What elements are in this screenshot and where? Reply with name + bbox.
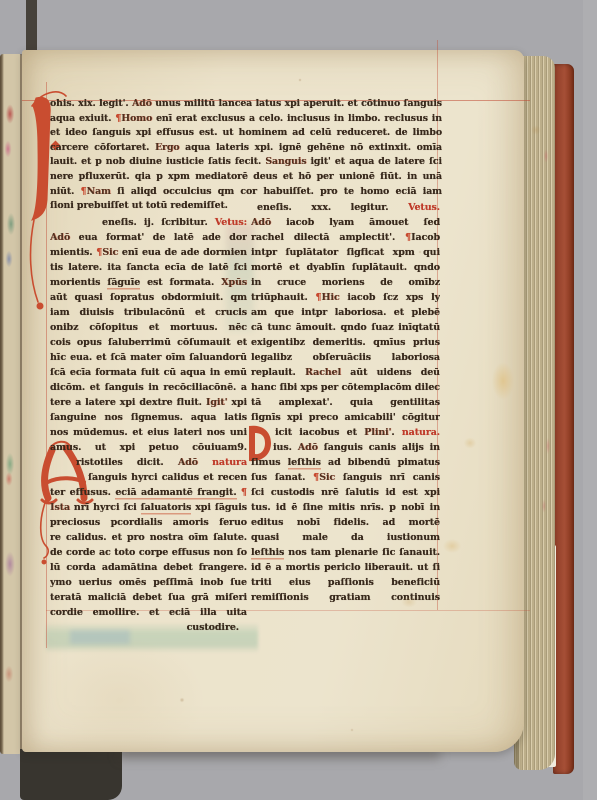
text-line-column-right-8: am que intpr laboriosa. et plebē iudai bbox=[251, 305, 440, 320]
text-segment: mientis. bbox=[50, 247, 96, 258]
text-segment: mortē et dyablīn ſuplātauit. qndo bbox=[251, 262, 440, 273]
text-segment: morientis bbox=[50, 277, 107, 288]
text-line-column-left-4: tis latere. ita ſancta ecīa de latē ſci … bbox=[50, 260, 247, 275]
text-line-column-left-9: cois opus ſaluberrimū cōſumauit et bbox=[50, 335, 247, 350]
manuscript-photo: ohis. xix. legit'. Adō unus militū lance… bbox=[0, 0, 597, 800]
text-line-column-left-21: preciosus pcordialis amoris feruo bbox=[50, 515, 247, 530]
text-segment: am que intpr laboriosa. et plebē iudai bbox=[251, 307, 440, 320]
text-line-column-right-9: cā tunc āmouit. qndo ſuaz inīqtatū bbox=[251, 320, 440, 335]
text-column-left: eneſis. ij. ſcribitur. Vetus:Adō eua for… bbox=[50, 215, 247, 635]
text-line-column-left-5: morientis ſāguīe est formata. Xpūs bbox=[50, 275, 247, 290]
text-line-column-right-6: in cruce moriens de omībz glōsiſſime bbox=[251, 275, 440, 290]
text-line-column-right-16: icit iacobus et Plini'. natura. bbox=[251, 425, 440, 440]
text-segment: ſignīs xpi preco amicabili' cōgitur bbox=[251, 412, 440, 423]
text-segment: et ideo ſanguis xpi effusus est. ut homi… bbox=[50, 127, 442, 141]
rubric-segment: natura bbox=[212, 457, 247, 468]
book-cover-edge bbox=[553, 64, 574, 774]
text-line-column-left-27: cordie emollire. et eciā illa uita groſi… bbox=[50, 605, 247, 620]
text-segment: rachel dilectā amplectit'. bbox=[251, 232, 405, 243]
text-segment: tus. id ē ſine mitis nrīs. p nobī in cru… bbox=[251, 502, 440, 515]
text-segment: lū corda adamātina debet frangere. bbox=[50, 562, 247, 573]
text-segment: intpr ſuplātator ſigficat xpm qui bbox=[251, 247, 440, 258]
text-line-column-right-18: fimus leſthis ad bibendū pimatus mor bbox=[251, 455, 440, 470]
text-line-column-left-26: teratā maliciā debet ſua grā miſeri bbox=[50, 590, 247, 605]
text-segment: ter effusus. bbox=[50, 487, 115, 498]
text-segment: triti eius paſſionis beneficiū inuocam9 bbox=[251, 577, 440, 590]
text-line-column-right-27: remiſſionis gratiam continuis ſolcia9. bbox=[251, 590, 440, 605]
touched-capital-segment: Homo bbox=[121, 113, 152, 124]
text-line-column-left-12: dicōm. et ſanguis in recōciliacōnē. a la bbox=[50, 380, 247, 395]
text-segment: quasi male da iustionum deuastantibz bbox=[251, 532, 440, 545]
text-line-column-right-3: rachel dilectā amplectit'. ¶Iacob bbox=[251, 230, 440, 245]
text-segment: dicōm. et ſanguis in recōciliacōnē. a la bbox=[50, 382, 247, 395]
text-line-column-left-28: custodire. bbox=[50, 620, 247, 635]
text-line-top-block-4: carcere cōfortaret. Ergo aqua lateris xp… bbox=[50, 141, 442, 156]
text-segment: iacob ſcz xps ly bbox=[340, 292, 440, 303]
text-line-column-left-1: eneſis. ij. ſcribitur. Vetus: bbox=[50, 215, 247, 230]
background-light-band bbox=[583, 0, 597, 800]
text-line-column-left-15: nos mūdemus. et eius lateri nos uni bbox=[50, 425, 247, 440]
text-segment: nrī hyrci ſci bbox=[70, 502, 141, 513]
rubric-segment: Vetus. bbox=[408, 202, 440, 213]
text-line-column-left-18: ſanguis hyrci calidus et recen bbox=[50, 470, 247, 485]
text-line-column-right-15: ſignīs xpi preco amicabili' cōgitur bbox=[251, 410, 440, 425]
text-segment: id ē a mortis periclo liberauit. ut ſi c… bbox=[251, 562, 440, 575]
text-segment: xpi ſāguis bbox=[191, 502, 247, 513]
text-segment: icit iacobus et bbox=[275, 427, 364, 438]
text-segment: enī eua de ade dormien bbox=[118, 247, 247, 258]
text-segment: tis latere. ita ſancta ecīa de latē ſci … bbox=[50, 262, 247, 275]
touched-capital-segment: Adō bbox=[178, 457, 198, 468]
text-line-column-left-13: tere a latere xpi dextre fluit. Igit' xp… bbox=[50, 395, 247, 410]
page-edge-stack-left bbox=[0, 54, 22, 754]
text-segment: eneſis. ij. ſcribitur. bbox=[102, 217, 215, 228]
text-segment: ristotiles dicit. bbox=[76, 457, 178, 468]
rubric-segment: natura. bbox=[402, 427, 440, 438]
text-segment: ſioni prebuiſſet ut totū redemiſſet. bbox=[50, 200, 228, 211]
text-segment: tā amplexat'. quia gentilitas credula bbox=[251, 397, 440, 410]
text-segment: nos mūdemus. et eius lateri nos uni bbox=[50, 427, 247, 438]
pilcrow-icon: ¶ bbox=[241, 487, 247, 498]
text-segment: ſus ſanat. bbox=[251, 472, 313, 483]
text-line-column-left-2: Adō eua format' de latē ade dor bbox=[50, 230, 247, 245]
text-line-column-left-17: ristotiles dicit. Adō natura bbox=[50, 455, 247, 470]
text-line-column-right-4: intpr ſuplātator ſigficat xpm qui bbox=[251, 245, 440, 260]
text-segment: nere pfluxerūt. qia p xpm mediatorē deus… bbox=[50, 171, 442, 185]
text-line-column-right-11: legalibz obſeruāciis laboriosa penitus bbox=[251, 350, 440, 365]
text-line-column-left-19: ter effusus. eciā adamantē frangit. ¶ bbox=[50, 485, 247, 500]
text-line-column-right-2: Adō iacob lyam āmouet ſed bbox=[251, 215, 440, 230]
text-segment: replauit. bbox=[251, 367, 305, 378]
touched-capital-segment: Adō bbox=[132, 98, 152, 109]
text-line-top-block-3: et ideo ſanguis xpi effusus est. ut homi… bbox=[50, 126, 442, 141]
touched-capital-segment: Hic bbox=[321, 292, 339, 303]
text-segment: hanc ſibi xps per cōtemplacōm dilec bbox=[251, 382, 440, 393]
text-line-column-right-13: hanc ſibi xps per cōtemplacōm dilec bbox=[251, 380, 440, 395]
book-shadow bbox=[20, 749, 122, 800]
text-segment: custodire. bbox=[187, 622, 239, 633]
text-line-column-right-19: ſus ſanat. ¶Sic ſanguis nrī canis bbox=[251, 470, 440, 485]
text-segment: eneſis. xxx. legitur. bbox=[257, 202, 408, 213]
touched-capital-segment: Adō bbox=[251, 217, 271, 228]
touched-capital-segment: Ergo bbox=[155, 142, 180, 153]
text-segment: ſci custodis nrē ſalutis id est xpi pima bbox=[251, 487, 440, 500]
text-line-column-left-11: ſcā ecīa formata fuit cū aqua in emū bbox=[50, 365, 247, 380]
text-line-column-right-12: replauit. Rachel aūt uidens deū intpr. bbox=[251, 365, 440, 380]
text-segment: fimus bbox=[251, 457, 288, 468]
text-line-column-right-17: ius. Adō ſanguis canis alijs in bbox=[251, 440, 440, 455]
underlined-segment: leſthis bbox=[288, 457, 321, 468]
touched-capital-segment: Adō bbox=[50, 232, 70, 243]
text-segment: ſcā ecīa formata fuit cū aqua in emū bbox=[50, 367, 247, 378]
rubric-segment: Vetus: bbox=[215, 217, 247, 228]
touched-capital-segment: Sic bbox=[319, 472, 335, 483]
text-line-column-left-10: hīc eua. et ſcā mater oīm ſaluandorū bbox=[50, 350, 247, 365]
text-line-column-right-23: quasi male da iustionum deuastantibz bbox=[251, 530, 440, 545]
text-line-column-right-1: eneſis. xxx. legitur. Vetus. bbox=[251, 200, 440, 215]
underlined-segment: ſaluatoris bbox=[141, 502, 192, 513]
text-line-column-left-16: amus. ut xpi petuo cōuiuam9. bbox=[50, 440, 247, 455]
text-segment: iacob lyam āmouet ſed bbox=[271, 217, 440, 228]
underlined-segment: ſāguīe bbox=[107, 277, 140, 288]
text-block-top: ohis. xix. legit'. Adō unus militū lance… bbox=[50, 97, 442, 214]
text-segment: aūt quasi ſopratus obdormiuit. qm bbox=[50, 292, 247, 303]
underlined-segment: eciā adamantē frangit. bbox=[115, 487, 236, 498]
text-line-top-block-1: ohis. xix. legit'. Adō unus militū lance… bbox=[50, 97, 442, 112]
text-segment: est formata. bbox=[140, 277, 221, 288]
text-segment: ſanguine nos ſignemus. aqua latis bbox=[50, 412, 247, 423]
text-segment: amus. ut xpi petuo cōuiuam9. bbox=[50, 442, 247, 453]
text-line-column-left-6: aūt quasi ſopratus obdormiuit. qm bbox=[50, 290, 247, 305]
text-line-column-left-7: iam diuisis tribulacōnū et crucis paſſi bbox=[50, 305, 247, 320]
touched-capital-segment: Igit' bbox=[206, 397, 228, 408]
text-line-column-left-25: ymo uerius omēs peſſimā inob ſue bbox=[50, 575, 247, 590]
text-segment: cordie emollire. et eciā illa uita groſi… bbox=[50, 607, 247, 620]
text-line-column-left-23: de corde ac toto corpe effusus non ſo bbox=[50, 545, 247, 560]
text-segment: in cruce moriens de omībz bbox=[251, 277, 440, 288]
text-segment: editus nobī fidelis. ad mortē infirmis. bbox=[251, 517, 440, 530]
text-segment: ſanguis hyrci calidus et recen bbox=[88, 472, 247, 483]
touched-capital-segment: Rachel bbox=[305, 367, 341, 378]
text-segment: lauit. et p nob diuine iusticie ſatis fe… bbox=[50, 156, 265, 167]
text-segment: onibz cōſopitus et mortuus. nēc recepi bbox=[50, 322, 247, 335]
text-line-top-block-5: lauit. et p nob diuine iusticie ſatis fe… bbox=[50, 155, 442, 170]
text-segment bbox=[198, 457, 212, 468]
text-segment: ius. bbox=[273, 442, 298, 453]
touched-capital-segment: Ista bbox=[50, 502, 70, 513]
text-line-column-right-10: exigentibz demeritis. qmīus prius in bbox=[251, 335, 440, 350]
text-segment: legalibz obſeruāciis laboriosa penitus bbox=[251, 352, 440, 365]
touched-capital-segment: Xpūs bbox=[221, 277, 247, 288]
text-segment: ſanguis nrī canis bbox=[335, 472, 440, 483]
text-column-right: eneſis. xxx. legitur. Vetus.Adō iacob ly… bbox=[251, 200, 440, 605]
touched-capital-segment: Nam bbox=[87, 186, 111, 197]
text-line-column-left-3: mientis. ¶Sic enī eua de ade dormien bbox=[50, 245, 247, 260]
text-line-column-right-24: leſthis nos tam plenarie ſic ſanauit. bbox=[251, 545, 440, 560]
text-segment: Iacob bbox=[411, 232, 440, 243]
touched-capital-segment: Plini' bbox=[364, 427, 391, 438]
text-line-column-right-7: triūphauit. ¶Hic iacob ſcz xps ly bbox=[251, 290, 440, 305]
text-line-column-right-5: mortē et dyablīn ſuplātauit. qndo bbox=[251, 260, 440, 275]
text-segment: exigentibz demeritis. qmīus prius in bbox=[251, 337, 440, 350]
text-line-column-left-8: onibz cōſopitus et mortuus. nēc recepi bbox=[50, 320, 247, 335]
text-segment: preciosus pcordialis amoris feruo bbox=[50, 517, 247, 528]
text-segment: cois opus ſaluberrimū cōſumauit et bbox=[50, 337, 247, 348]
text-segment: hīc eua. et ſcā mater oīm ſaluandorū bbox=[50, 352, 247, 363]
text-line-column-right-26: triti eius paſſionis beneficiū inuocam9 bbox=[251, 575, 440, 590]
text-segment: carcere cōfortaret. bbox=[50, 142, 155, 153]
text-segment: re calidus. et pro nostra oīm ſalute. bbox=[50, 532, 247, 543]
text-line-column-left-20: Ista nrī hyrci ſci ſaluatoris xpi ſāguis bbox=[50, 500, 247, 515]
text-segment: eua format' de latē ade dor bbox=[70, 232, 247, 243]
text-segment: de corde ac toto corpe effusus non ſo bbox=[50, 547, 247, 558]
text-segment: ohis. xix. legit'. bbox=[50, 98, 132, 109]
text-segment: tere a latere xpi dextre fluit. bbox=[50, 397, 206, 408]
text-line-column-left-24: lū corda adamātina debet frangere. bbox=[50, 560, 247, 575]
text-segment: xpi bbox=[227, 397, 247, 408]
text-segment: ymo uerius omēs peſſimā inob ſue bbox=[50, 577, 247, 588]
text-segment: . bbox=[391, 427, 402, 438]
text-segment: remiſſionis gratiam continuis ſolcia9. bbox=[251, 592, 440, 605]
text-segment: nos tam plenarie ſic ſanauit. bbox=[284, 547, 440, 558]
underlined-segment: leſthis bbox=[251, 547, 284, 558]
text-line-column-right-25: id ē a mortis periclo liberauit. ut ſi c… bbox=[251, 560, 440, 575]
text-segment: iam diuisis tribulacōnū et crucis paſſi bbox=[50, 307, 247, 320]
text-line-top-block-2: aqua exiuit. ¶Homo enī erat exclusus a c… bbox=[50, 112, 442, 127]
text-line-top-block-7: niūt. ¶Nam ſi aliqd occulcius qm cor hab… bbox=[50, 185, 442, 200]
text-line-column-right-14: tā amplexat'. quia gentilitas credula bbox=[251, 395, 440, 410]
text-segment: aqua exiuit. bbox=[50, 113, 115, 124]
text-segment: cā tunc āmouit. qndo ſuaz inīqtatū bbox=[251, 322, 440, 333]
touched-capital-segment: Sanguis bbox=[265, 156, 306, 167]
text-line-top-block-6: nere pfluxerūt. qia p xpm mediatorē deus… bbox=[50, 170, 442, 185]
text-segment: triūphauit. bbox=[251, 292, 316, 303]
text-segment: teratā maliciā debet ſua grā miſeri bbox=[50, 592, 247, 603]
text-segment: niūt. bbox=[50, 186, 81, 197]
text-line-column-left-22: re calidus. et pro nostra oīm ſalute. bbox=[50, 530, 247, 545]
text-line-column-right-21: tus. id ē ſine mitis nrīs. p nobī in cru… bbox=[251, 500, 440, 515]
text-line-column-right-22: editus nobī fidelis. ad mortē infirmis. bbox=[251, 515, 440, 530]
touched-capital-segment: Adō bbox=[298, 442, 318, 453]
touched-capital-segment: Sic bbox=[102, 247, 118, 258]
text-line-column-left-14: ſanguine nos ſignemus. aqua latis bbox=[50, 410, 247, 425]
text-segment: ſanguis canis alijs in bbox=[318, 442, 440, 453]
text-line-column-right-20: ſci custodis nrē ſalutis id est xpi pima bbox=[251, 485, 440, 500]
